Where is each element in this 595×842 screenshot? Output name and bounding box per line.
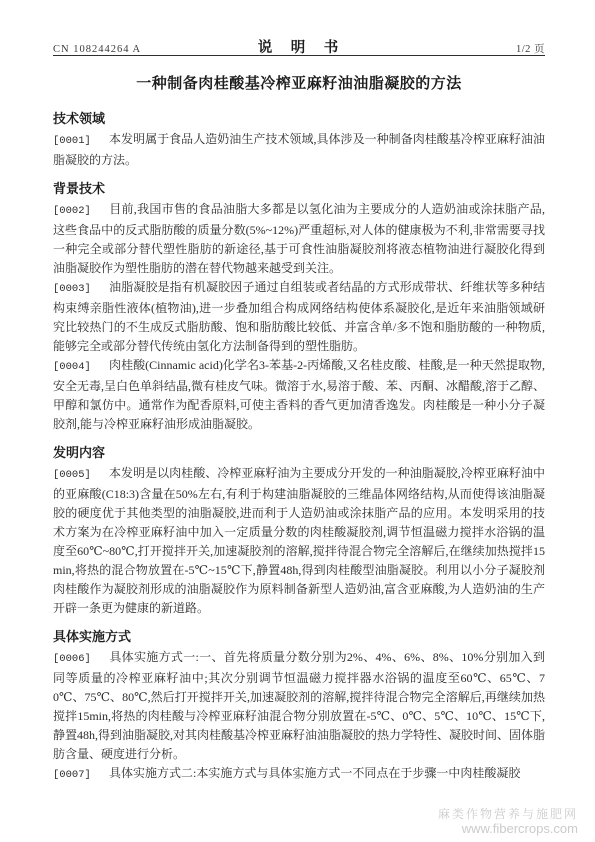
paragraph-tag: [0002] bbox=[53, 202, 109, 221]
watermark: 麻类作物营养与施肥网 www.fibercrops.com bbox=[438, 807, 578, 836]
paragraph-0001: [0001]本发明属于食品人造奶油生产技术领域,具体涉及一种制备肉桂酸基冷榨亚麻… bbox=[53, 130, 545, 170]
paragraph-0006: [0006]具体实施方式一:一、首先将质量分数分别为2%、4%、6%、8%、10… bbox=[53, 648, 545, 764]
section-heading-detailed-embodiments: 具体实施方式 bbox=[53, 627, 545, 646]
document-title: 一种制备肉桂酸基冷榨亚麻籽油油脂凝胶的方法 bbox=[53, 72, 545, 93]
paragraph-text: 肉桂酸(Cinnamic acid)化学名3-苯基-2-丙烯酸,又名桂皮酸、桂酸… bbox=[53, 358, 545, 431]
paragraph-tag: [0003] bbox=[53, 280, 109, 299]
watermark-site-url: www.fibercrops.com bbox=[438, 821, 578, 836]
paragraph-0003: [0003]油脂凝胶是指有机凝胶因子通过自组装或者结晶的方式形成带状、纤维状等多… bbox=[53, 278, 545, 356]
document-content: 一种制备肉桂酸基冷榨亚麻籽油油脂凝胶的方法 技术领域 [0001]本发明属于食品… bbox=[53, 62, 545, 785]
doc-type-title: 说 明 书 bbox=[258, 36, 341, 57]
page-indicator: 1/2 页 bbox=[340, 41, 545, 56]
paragraph-text: 具体实施方式一:一、首先将质量分数分别为2%、4%、6%、8%、10%分别加入到… bbox=[53, 650, 545, 761]
page-number: 3 bbox=[0, 771, 595, 782]
paragraph-0005: [0005]本发明是以肉桂酸、冷榨亚麻籽油为主要成分开发的一种油脂凝胶,冷榨亚麻… bbox=[53, 464, 545, 618]
header-rule bbox=[53, 55, 545, 56]
patent-number: CN 108244264 A bbox=[53, 44, 258, 55]
paragraph-tag: [0001] bbox=[53, 132, 109, 151]
paragraph-tag: [0005] bbox=[53, 466, 109, 485]
paragraph-tag: [0004] bbox=[53, 358, 109, 377]
paragraph-text: 油脂凝胶是指有机凝胶因子通过自组装或者结晶的方式形成带状、纤维状等多种结构束缚亲… bbox=[53, 280, 545, 353]
section-heading-summary-of-invention: 发明内容 bbox=[53, 443, 545, 462]
watermark-site-name: 麻类作物营养与施肥网 bbox=[438, 807, 578, 821]
paragraph-text: 本发明属于食品人造奶油生产技术领域,具体涉及一种制备肉桂酸基冷榨亚麻籽油油脂凝胶… bbox=[53, 132, 545, 167]
section-heading-technical-field: 技术领域 bbox=[53, 109, 545, 128]
page-header: CN 108244264 A 说 明 书 1/2 页 bbox=[53, 36, 545, 57]
paragraph-text: 本发明是以肉桂酸、冷榨亚麻籽油为主要成分开发的一种油脂凝胶,冷榨亚麻籽油中的亚麻… bbox=[53, 466, 545, 615]
paragraph-tag: [0006] bbox=[53, 650, 109, 669]
section-heading-background-art: 背景技术 bbox=[53, 179, 545, 198]
paragraph-0004: [0004]肉桂酸(Cinnamic acid)化学名3-苯基-2-丙烯酸,又名… bbox=[53, 356, 545, 434]
patent-specification-page: CN 108244264 A 说 明 书 1/2 页 一种制备肉桂酸基冷榨亚麻籽… bbox=[0, 0, 595, 842]
paragraph-text: 目前,我国市售的食品油脂大多都是以氢化油为主要成分的人造奶油或涂抹脂产品,这些食… bbox=[53, 202, 545, 275]
paragraph-0002: [0002]目前,我国市售的食品油脂大多都是以氢化油为主要成分的人造奶油或涂抹脂… bbox=[53, 200, 545, 278]
